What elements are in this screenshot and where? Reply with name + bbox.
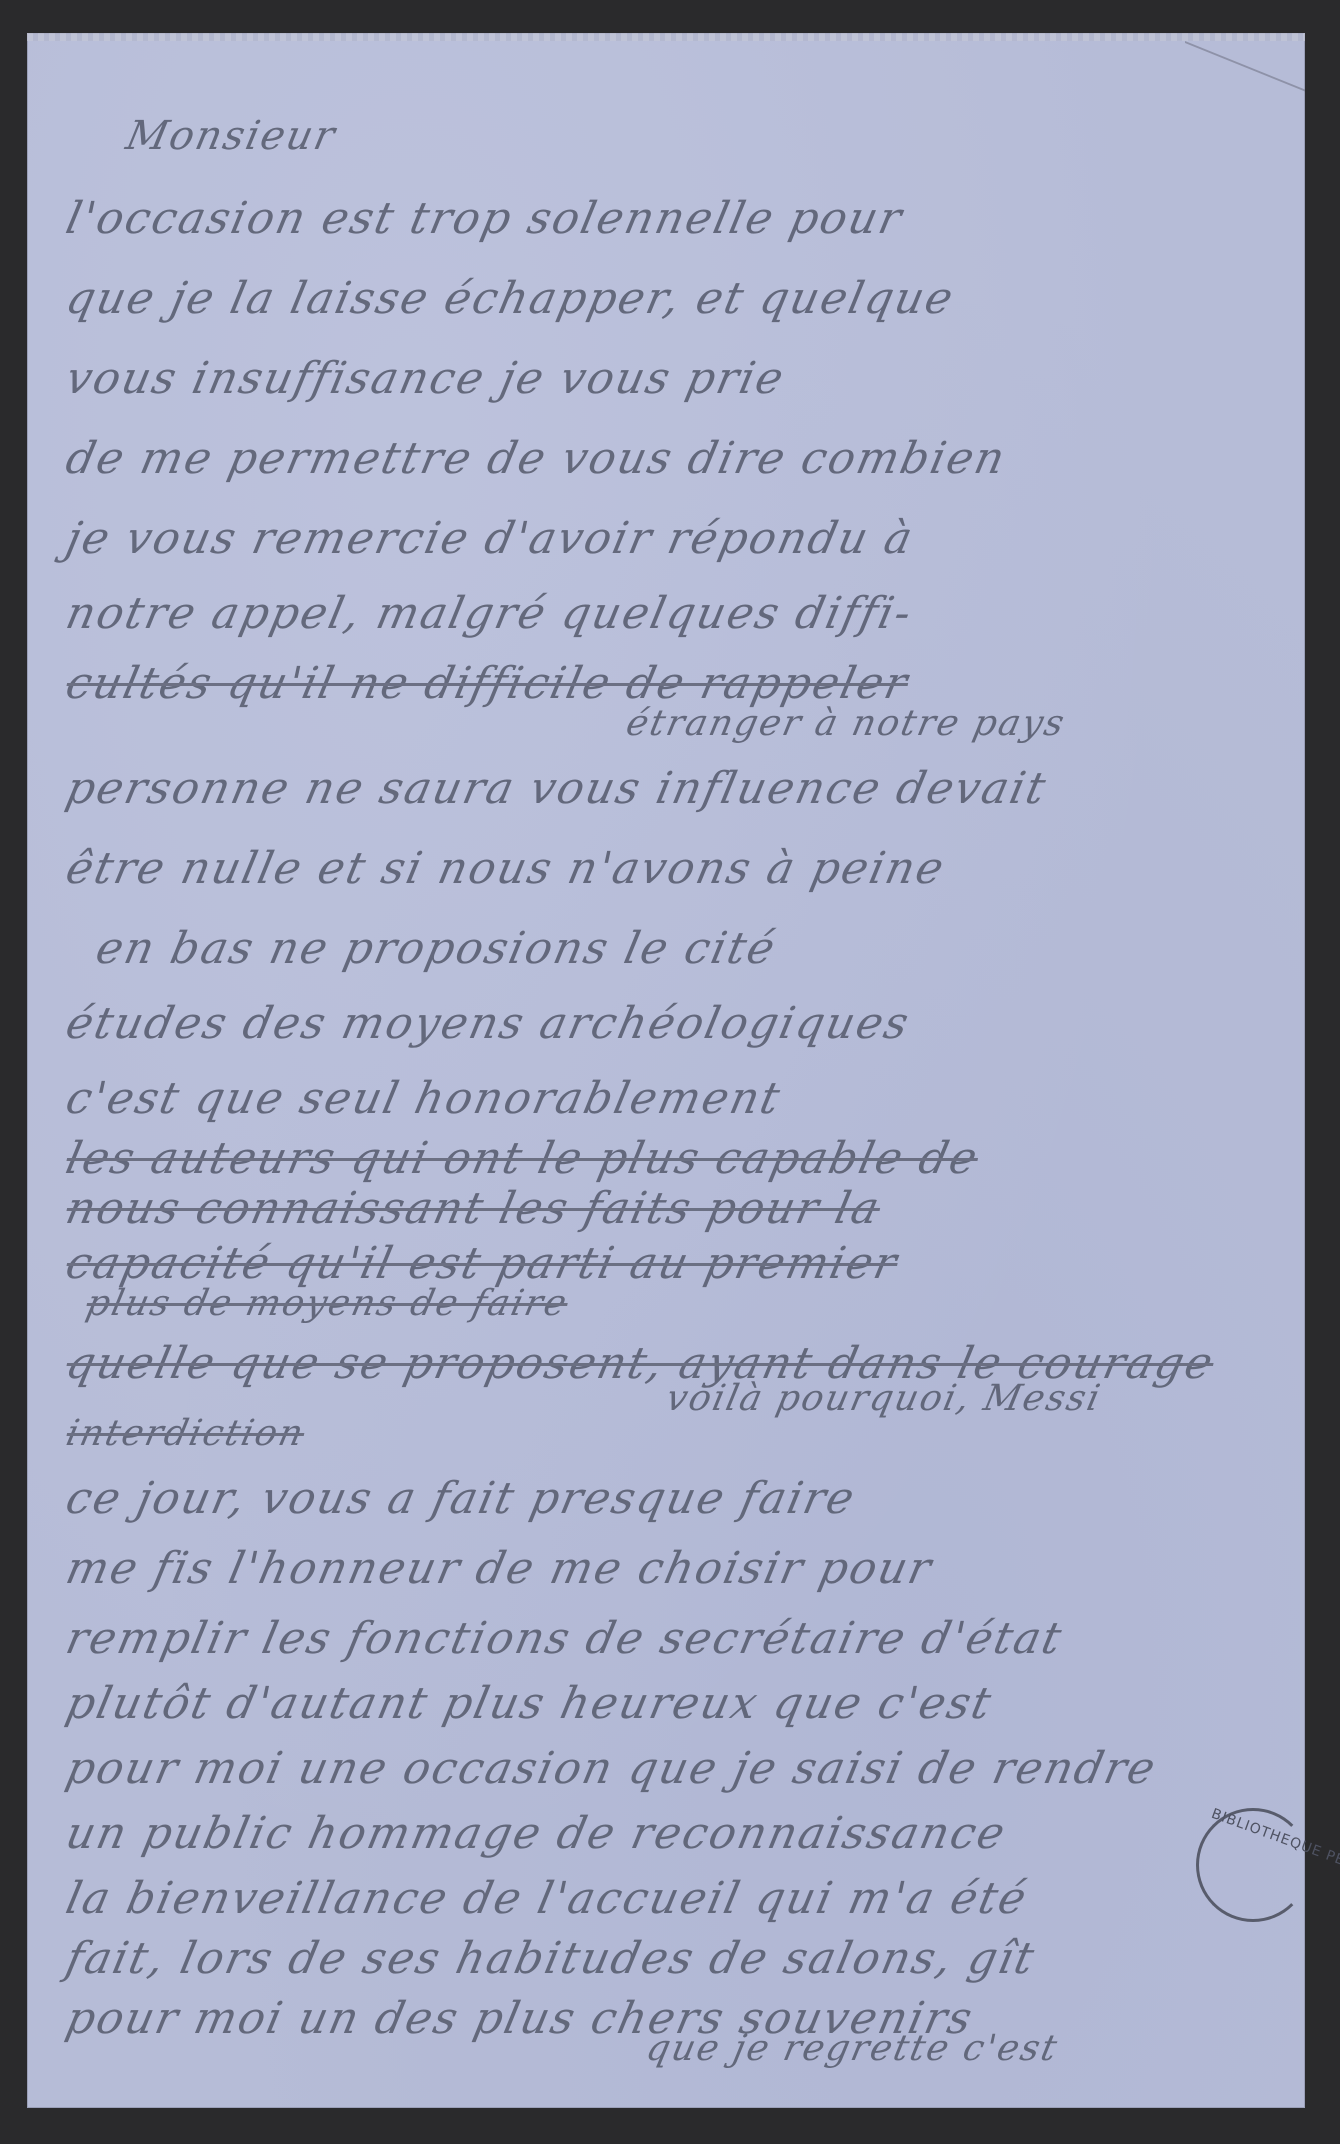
- manuscript-line: je vous remercie d'avoir répondu à: [62, 513, 919, 564]
- manuscript-line: un public hommage de reconnaissance: [62, 1808, 1011, 1859]
- library-stamp: BIBLIOTHEQUE PERS: [1196, 1808, 1310, 1922]
- manuscript-line: fait, lors de ses habitudes de salons, g…: [62, 1933, 1041, 1984]
- torn-top-edge: [27, 33, 1305, 41]
- manuscript-line-struck: les auteurs qui ont le plus capable de: [62, 1133, 984, 1184]
- stamp-text: BIBLIOTHEQUE PERS: [1209, 1806, 1340, 1876]
- manuscript-line: que je la laisse échapper, et quelque: [62, 273, 960, 324]
- manuscript-line: me fis l'honneur de me choisir pour: [62, 1543, 938, 1594]
- manuscript-line: ce jour, vous a fait presque faire: [62, 1473, 861, 1524]
- manuscript-line: pour moi une occasion que je saisi de re…: [62, 1743, 1162, 1794]
- manuscript-line: personne ne saura vous influence devait: [62, 763, 1052, 814]
- manuscript-line: l'occasion est trop solennelle pour: [62, 193, 908, 244]
- manuscript-line-struck: interdiction: [63, 1413, 309, 1454]
- manuscript-line: notre appel, malgré quelques diffi-: [62, 588, 918, 639]
- salutation: Monsieur: [122, 113, 340, 159]
- manuscript-line: de me permettre de vous dire combien: [62, 433, 1011, 484]
- manuscript-line: c'est que seul honorablement: [62, 1073, 786, 1124]
- manuscript-line-struck: capacité qu'il est parti au premier: [62, 1238, 903, 1289]
- manuscript-line: remplir les fonctions de secrétaire d'ét…: [62, 1613, 1068, 1664]
- manuscript-line: la bienveillance de l'accueil qui m'a ét…: [62, 1873, 1033, 1924]
- corner-fold-crease: [1185, 41, 1305, 151]
- manuscript-line: en bas ne proposions le cité: [92, 923, 781, 974]
- manuscript-line: être nulle et si nous n'avons à peine: [62, 843, 950, 894]
- manuscript-line: plutôt d'autant plus heureux que c'est: [62, 1678, 998, 1729]
- manuscript-insertion: étranger à notre pays: [623, 703, 1070, 744]
- manuscript-insertion: que je regrette c'est: [643, 2028, 1063, 2069]
- manuscript-line-struck: cultés qu'il ne difficile de rappeler: [62, 658, 914, 709]
- manuscript-line: vous insuffisance je vous prie: [62, 353, 790, 404]
- manuscript-line-struck: plus de moyens de faire: [83, 1283, 572, 1324]
- manuscript-insertion: voilà pourquoi, Messi: [663, 1378, 1106, 1419]
- manuscript-line: études des moyens archéologiques: [62, 998, 915, 1049]
- manuscript-line-struck: nous connaissant les faits pour la: [62, 1183, 886, 1234]
- manuscript-page: Monsieur l'occasion est trop solennelle …: [27, 33, 1305, 2108]
